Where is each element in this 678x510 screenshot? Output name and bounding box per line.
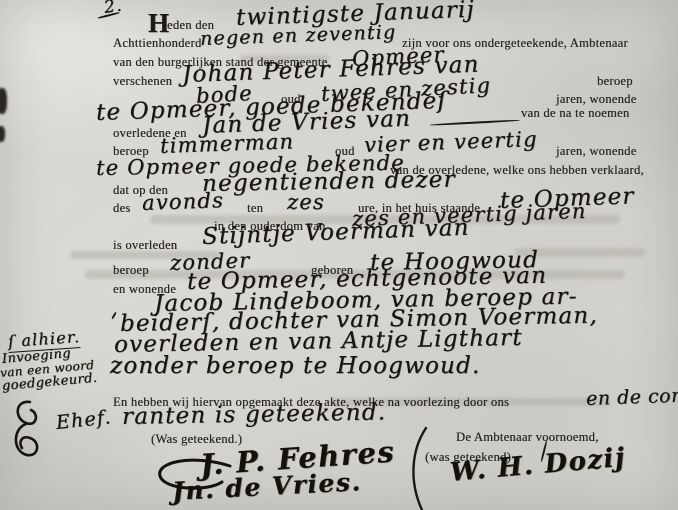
form-ten: ten bbox=[247, 201, 263, 216]
form-achttienhonderd: Achttienhonderd bbox=[113, 36, 202, 51]
form-na-te-noemen: van de na te noemen bbox=[521, 106, 629, 121]
form-jaren-wonende-2: jaren, wonende bbox=[556, 144, 637, 159]
hw-parents-line3: zonder beroep te Hoogwoud. bbox=[110, 353, 480, 379]
death-certificate-scan: 2. H eden den twintigste Januarij Achtti… bbox=[0, 0, 678, 510]
ambtenaar-label: De Ambtenaar voornoemd, bbox=[456, 430, 599, 445]
pen-stroke bbox=[430, 119, 520, 126]
scan-edge-mark bbox=[0, 126, 5, 142]
hw-death-day: negentienden dezer bbox=[202, 167, 456, 197]
hw-closing-2: ranten is geteekend. bbox=[122, 399, 387, 430]
form-is-overleden: is overleden bbox=[113, 238, 177, 253]
paraph-initials: Ehef. bbox=[55, 406, 113, 434]
pen-stroke bbox=[111, 312, 117, 320]
form-des: des bbox=[113, 201, 131, 216]
form-beroep-3: beroep bbox=[113, 263, 149, 278]
paraph-monogram bbox=[10, 398, 52, 460]
hw-death-daypart: avonds bbox=[142, 188, 225, 215]
hw-death-hour: zes bbox=[287, 190, 325, 214]
form-beroep-1: beroep bbox=[597, 74, 633, 89]
hw-closing-1: en de compa- bbox=[586, 383, 678, 410]
was-geteekend-left-label: (Was geteekend.) bbox=[151, 432, 242, 447]
scan-edge-mark bbox=[0, 88, 7, 114]
column-bracket bbox=[400, 428, 434, 510]
signature-flourish bbox=[152, 452, 232, 500]
form-verschenen: verschenen bbox=[113, 74, 172, 89]
form-dropcap: H bbox=[148, 8, 169, 39]
form-jaren-wonende-1: jaren, wonende bbox=[556, 92, 637, 107]
